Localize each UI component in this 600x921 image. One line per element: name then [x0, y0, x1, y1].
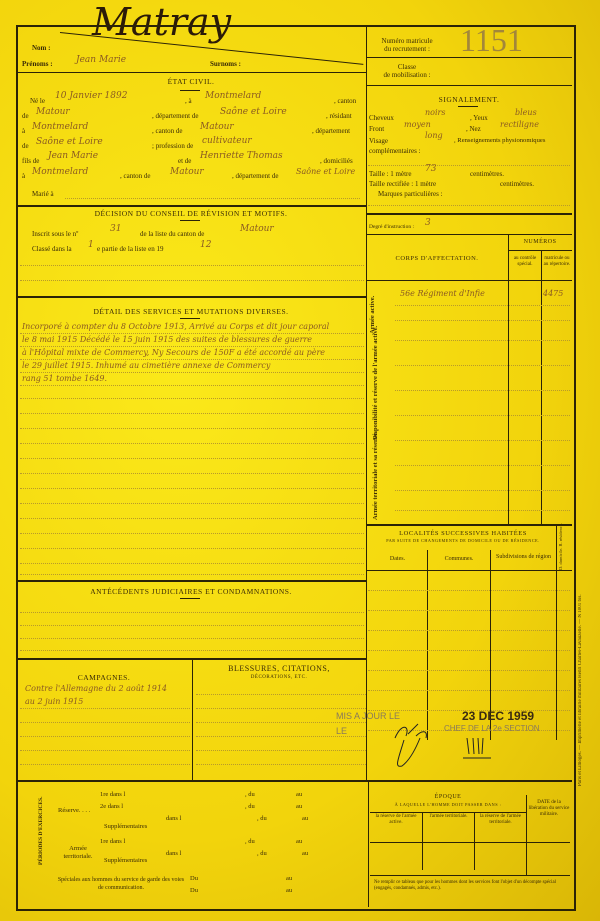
speciales-au-1: au [286, 875, 292, 882]
taille-label: Taille : 1 mètre [369, 170, 411, 178]
centimetres2-label: centimètres. [500, 180, 534, 188]
classe-partie-value: 1 [88, 240, 94, 250]
dotted-line [395, 440, 570, 441]
dotted-line [196, 694, 366, 695]
dotted-line [368, 165, 570, 166]
profession-value: cultivateur [202, 136, 252, 146]
canton2-value: Matour [200, 122, 234, 132]
prenoms-value: Jean Marie [76, 55, 126, 65]
epoque-note: Ne remplir ce tableau que pour les homme… [374, 880, 566, 892]
divider [16, 72, 366, 73]
dotted-line [395, 490, 570, 491]
dotted-line [20, 638, 364, 639]
speciales-du-1: Du [190, 875, 198, 882]
territoriale-1re-du: , du [245, 838, 255, 845]
dotted-line [20, 736, 190, 737]
dotted-line [20, 612, 364, 613]
reserve-2e-du: , du [245, 803, 255, 810]
taille-rectifiee-label: Taille rectifiée : 1 mètre [369, 180, 436, 188]
dotted-line [368, 670, 570, 671]
dotted-line [20, 625, 364, 626]
residence-a-label: à [22, 127, 25, 135]
divider [366, 570, 572, 571]
speciales-du-2: Du [190, 887, 198, 894]
surnoms-label: Surnoms : [210, 60, 241, 68]
col-dr-header: D. domicile. R. résidence. [558, 530, 563, 570]
initials-icon [463, 736, 493, 766]
dotted-line [20, 428, 364, 429]
dotted-line [368, 690, 570, 691]
divider [366, 280, 572, 281]
domicile-a-label: à [22, 172, 25, 180]
mother-value: Henriette Thomas [200, 151, 283, 161]
divider [366, 25, 367, 780]
epoque-col-reserve-territoriale: la réserve de l'armée territoriale. [475, 814, 526, 826]
dotted-line [368, 205, 570, 206]
campagnes-line: Contre l'Allemagne du 2 août 1914 [25, 684, 167, 693]
territoriale-1re-label: 1re dans l [100, 838, 125, 845]
dotted-line [395, 320, 570, 321]
divider [16, 658, 366, 660]
residant-label: , résidant [326, 112, 352, 120]
dotted-line [395, 365, 570, 366]
epoque-subtitle: À LAQUELLE L'HOMME DOIT PASSER DANS : [370, 802, 526, 807]
periodes-side-label: PÉRIODES D'EXERCICES. [38, 800, 44, 865]
blessures-subtitle: DÉCORATIONS, ETC. [192, 675, 366, 680]
liste-canton-value: Matour [240, 224, 274, 234]
dotted-line [20, 548, 364, 549]
territoriale-1re-au: au [296, 838, 302, 845]
corps-header: CORPS D'AFFECTATION. [366, 255, 508, 262]
canton-value: Matour [36, 107, 70, 117]
col-matricule-header: matricule ou au répertoire. [542, 256, 572, 268]
departement2-de-label: de [22, 142, 29, 150]
matricule-value: 1151 [460, 22, 523, 59]
divider [370, 842, 570, 843]
inscrit-label: Inscrit sous le nº [32, 230, 78, 238]
partie-label: e partie de la liste en 19 [97, 245, 163, 253]
signalement-title: SIGNALEMENT. [366, 95, 572, 104]
dotted-line [20, 458, 364, 459]
territoriale-supp-au: au [302, 850, 308, 857]
campagnes-line: au 2 juin 1915 [25, 697, 83, 706]
services-line: le 8 mai 1915 Décédé le 15 juin 1915 des… [22, 335, 312, 344]
de-label: de [22, 112, 29, 120]
divider [16, 780, 572, 782]
a-label: , à [185, 97, 192, 105]
centimetres-label: centimètres. [470, 170, 504, 178]
divider [368, 780, 369, 907]
divider [526, 795, 527, 875]
complementaires-label: complémentaires : [369, 147, 421, 155]
col-communes-header: Communes. [428, 556, 490, 562]
departement2-label: , département [312, 127, 350, 135]
dotted-line [20, 518, 364, 519]
fils-de-label: fils de [22, 157, 39, 165]
stamp-chef-section: CHEF DE LA 2e SECTION [444, 724, 540, 733]
title-underline [180, 598, 200, 599]
antecedents-title: ANTÉCÉDENTS JUDICIAIRES ET CONDAMNATIONS… [16, 587, 366, 596]
divider [366, 57, 572, 58]
territoriale-label: Armée territoriale et sa réserve. [372, 440, 379, 520]
etat-civil-title: ÉTAT CIVIL. [16, 77, 366, 86]
col-dates-header: Dates. [368, 556, 427, 562]
dotted-line [395, 465, 570, 466]
dotted-line [65, 198, 360, 199]
dotted-line [20, 443, 364, 444]
dotted-line [20, 346, 364, 347]
divider [422, 812, 423, 870]
nom-label: Nom : [32, 44, 50, 52]
col-subdivisions-header: Subdivisions de région [491, 554, 556, 560]
dotted-line [368, 650, 570, 651]
dotted-line [20, 265, 364, 266]
departement-value: Saône et Loire [220, 107, 287, 117]
departement-label: , département de [152, 112, 198, 120]
stamp-date: 23 DEC 1959 [462, 709, 534, 723]
services-line: à l'Hôpital mixte de Commercy, Ny Secour… [22, 348, 325, 357]
domicilies-label: , domiciliés [320, 157, 353, 165]
divider [370, 875, 570, 876]
dotted-line [20, 722, 190, 723]
reserve-supp-du: , du [257, 815, 267, 822]
yeux-label: , Yeux [470, 114, 488, 122]
classe-dans-label: Classé dans la [32, 245, 72, 253]
title-underline [180, 220, 200, 221]
prenoms-label: Prénoms : [22, 60, 53, 68]
departement2-value: Saône et Loire [36, 137, 103, 147]
title-underline [180, 318, 200, 319]
dotted-line [395, 305, 570, 306]
dotted-line [20, 708, 190, 709]
marie-label: Marié à [32, 190, 54, 198]
visage-label: Visage [369, 137, 388, 145]
ne-le-label: Né le [30, 97, 45, 105]
dotted-line [196, 722, 366, 723]
epoque-col-reserve-active: la réserve de l'armée active. [370, 814, 422, 826]
dotted-line [368, 630, 570, 631]
numeros-header: NUMÉROS [508, 239, 572, 245]
yeux-value: bleus [515, 108, 537, 117]
degre-value: 3 [425, 218, 431, 228]
dotted-line [395, 415, 570, 416]
dotted-line [368, 610, 570, 611]
dotted-line [20, 372, 364, 373]
front-label: Front [369, 125, 384, 133]
profession-label: ; profession de [152, 142, 193, 150]
birth-place-value: Montmelard [205, 91, 261, 101]
father-value: Jean Marie [48, 151, 98, 161]
residence-value: Montmelard [32, 122, 88, 132]
dotted-line [20, 488, 364, 489]
dotted-line [20, 750, 190, 751]
dotted-line [20, 533, 364, 534]
dotted-line [196, 736, 366, 737]
reserve-supp-label: Supplémentaires [104, 823, 147, 830]
dotted-line [20, 764, 190, 765]
services-line: rang 51 tombe 1649. [22, 374, 107, 383]
annee-value: 12 [200, 240, 211, 250]
services-title: DÉTAIL DES SERVICES ET MUTATIONS DIVERSE… [16, 307, 366, 316]
divider [16, 205, 366, 207]
departement3-label: , département de [232, 172, 278, 180]
date-liberation-header: DATE de la libération du service militai… [528, 800, 570, 818]
document-page: Matray Nom : Prénoms : Jean Marie Surnom… [0, 0, 600, 921]
canton3-value: Matour [170, 167, 204, 177]
domicile-value: Montmelard [32, 167, 88, 177]
departement3-value: Saône et Loire [296, 167, 355, 176]
matricule-label-2: du recrutement : [372, 45, 442, 53]
services-line: le 29 juillet 1915. Inhumé au cimetière … [22, 361, 270, 370]
dotted-line [196, 764, 366, 765]
reserve-supp-dans: dans l [166, 815, 181, 822]
localites-title: LOCALITÉS SUCCESSIVES HABITÉES [368, 530, 558, 537]
degre-label: Degré d'instruction : [369, 224, 414, 230]
nez-label: , Nez [466, 125, 481, 133]
title-underline [458, 106, 478, 107]
dotted-line [20, 398, 364, 399]
matricule-label-1: Numéro matricule [372, 37, 442, 45]
taille-value: 73 [425, 164, 436, 174]
dotted-line [395, 340, 570, 341]
nez-value: rectiligne [500, 120, 539, 129]
dotted-line [395, 390, 570, 391]
divider [366, 213, 572, 215]
dotted-line [20, 359, 364, 360]
divider [16, 580, 366, 582]
reserve-1re-au: au [296, 791, 302, 798]
reserve-2e-label: 2e dans l [100, 803, 123, 810]
front-value: moyen [404, 120, 431, 129]
speciales-au-2: au [286, 887, 292, 894]
dotted-line [20, 280, 364, 281]
localites-subtitle: PAR SUITE DE CHANGEMENTS DE DOMICILE OU … [368, 538, 558, 543]
inscrit-value: 31 [110, 224, 121, 234]
reserve-2e-au: au [296, 803, 302, 810]
divider [541, 250, 542, 524]
reserve-1re-label: 1re dans l [100, 791, 125, 798]
dotted-line [20, 385, 364, 386]
territoriale-supp-label: Supplémentaires [104, 857, 147, 864]
epoque-col-territoriale: l'armée territoriale. [423, 814, 474, 820]
dotted-line [395, 510, 570, 511]
canton3-label: , canton de [120, 172, 151, 180]
dotted-line [20, 333, 364, 334]
divider [16, 296, 366, 298]
divider [366, 234, 572, 235]
cheveux-label: Cheveux [369, 114, 394, 122]
divider [508, 250, 572, 251]
divider [366, 524, 572, 526]
territoriale-periode-label: Armée territoriale. [58, 845, 98, 861]
divider [556, 524, 557, 740]
dotted-line [196, 708, 366, 709]
col-controle-header: au contrôle spécial. [509, 256, 541, 268]
campagnes-title: CAMPAGNES. [16, 673, 192, 682]
divider [366, 85, 572, 86]
blessures-title: BLESSURES, CITATIONS, [192, 664, 366, 673]
imprint-text: Paris et Limoges. — Imprimerie et librai… [578, 540, 583, 840]
territoriale-supp-du: , du [257, 850, 267, 857]
liste-canton-label: de la liste du canton de [140, 230, 204, 238]
title-underline [180, 90, 200, 91]
classe-label-1: Classe [372, 63, 442, 71]
speciales-label: Spéciales aux hommes du service de garde… [56, 876, 186, 892]
canton-label: , canton [334, 97, 356, 105]
form-frame [16, 25, 576, 911]
dotted-line [368, 590, 570, 591]
divider [427, 550, 428, 740]
divider [370, 812, 526, 813]
et-de-label: et de [178, 157, 191, 165]
territoriale-supp-dans: dans l [166, 850, 181, 857]
dotted-line [20, 574, 364, 575]
renseignements-label: , Renseignements physionomiques [454, 137, 545, 144]
dotted-line [20, 413, 364, 414]
reserve-label: Réserve. . . . [58, 807, 90, 814]
dotted-line [20, 563, 364, 564]
disponibilite-label: Disponibilité et réserve de l'armée acti… [372, 340, 379, 440]
cheveux-value: noirs [425, 108, 445, 117]
epoque-title: ÉPOQUE [370, 794, 526, 800]
decision-title: DÉCISION DU CONSEIL DE RÉVISION ET MOTIF… [16, 209, 366, 218]
dotted-line [20, 503, 364, 504]
visage-value: long [425, 131, 443, 140]
signature-icon [390, 720, 440, 770]
armee-active-corps-value: 56e Régiment d'Infie [400, 289, 485, 298]
divider [508, 234, 509, 524]
birth-date-value: 10 Janvier 1892 [55, 91, 127, 101]
classe-label-2: de mobilisation : [372, 71, 442, 79]
armee-active-matricule-value: 4475 [543, 289, 563, 298]
reserve-supp-au: au [302, 815, 308, 822]
marques-label: Marques particulières : [378, 190, 443, 198]
dotted-line [20, 473, 364, 474]
services-line: Incorporé à compter du 8 Octobre 1913, A… [22, 322, 329, 331]
stamp-le: LE [336, 726, 347, 736]
canton2-label: , canton de [152, 127, 183, 135]
reserve-1re-du: , du [245, 791, 255, 798]
dotted-line [20, 650, 364, 651]
dotted-line [196, 750, 366, 751]
